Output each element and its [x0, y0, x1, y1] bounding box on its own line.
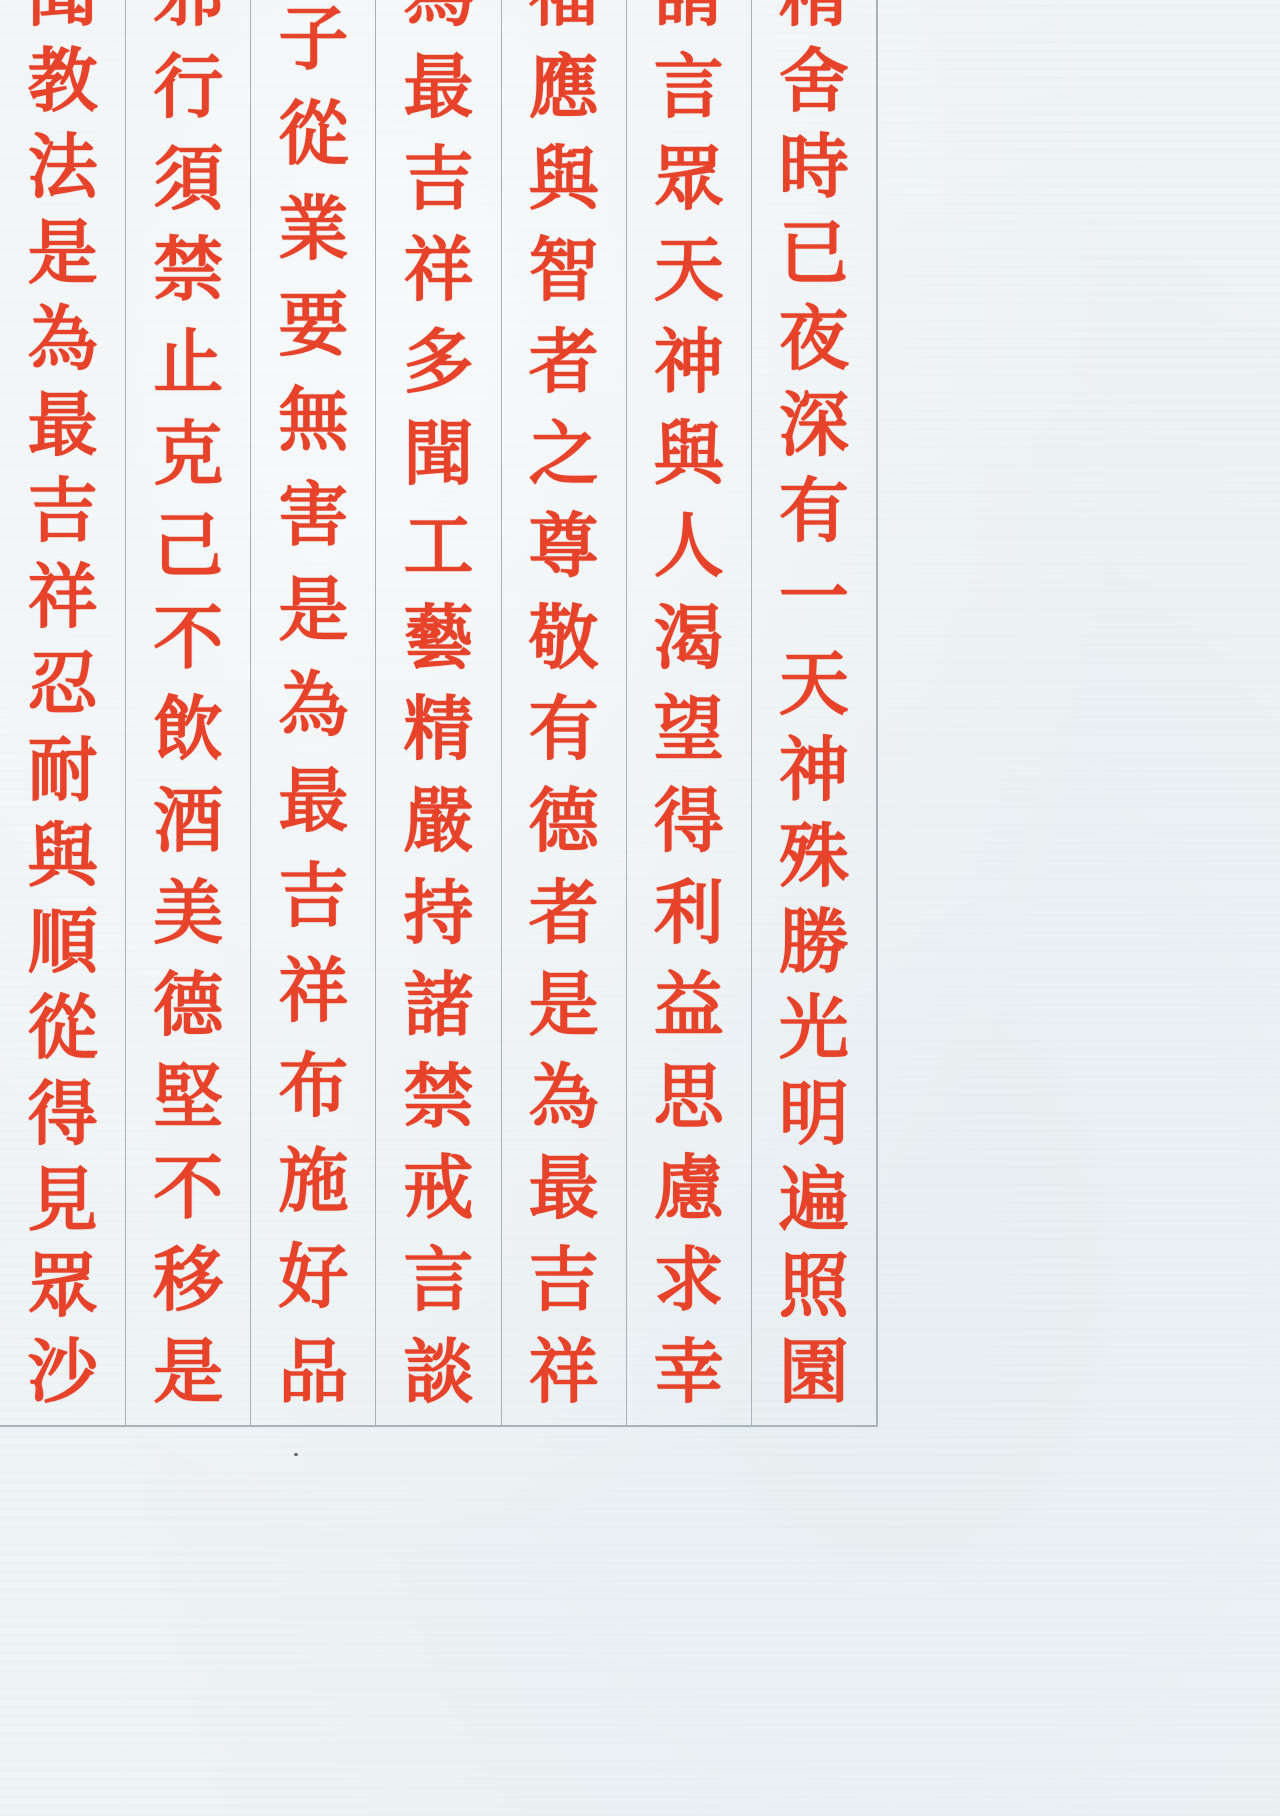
text-column-5: 子從業要無害是為最吉祥布施好品 [250, 0, 375, 1425]
calligraphy-character: 明 [752, 1075, 876, 1153]
calligraphy-character: 品 [251, 1333, 375, 1411]
text-column-6: 邪行須禁止克己不飲酒美德堅不移是 [125, 0, 250, 1425]
calligraphy-character: 思 [627, 1058, 751, 1136]
calligraphy-character: 最 [502, 1149, 626, 1227]
calligraphy-character: 己 [126, 507, 250, 585]
calligraphy-character: 者 [502, 323, 626, 401]
calligraphy-character: 止 [126, 323, 250, 401]
calligraphy-character: 最 [251, 762, 375, 840]
calligraphy-character: 最 [0, 386, 125, 464]
calligraphy-character: 園 [752, 1333, 876, 1411]
calligraphy-character: 行 [126, 48, 250, 126]
calligraphy-character: 移 [126, 1241, 250, 1319]
calligraphy-character: 藝 [376, 599, 500, 677]
calligraphy-character: 尊 [502, 507, 626, 585]
calligraphy-character: 持 [376, 874, 500, 952]
calligraphy-character: 子 [251, 0, 375, 78]
calligraphy-character: 見 [0, 1161, 125, 1239]
calligraphy-character: 嚴 [376, 782, 500, 860]
calligraphy-character: 福 [502, 0, 626, 34]
calligraphy-character: 有 [752, 472, 876, 550]
calligraphy-character: 吉 [502, 1241, 626, 1319]
calligraphy-character: 有 [502, 690, 626, 768]
calligraphy-character: 人 [627, 507, 751, 585]
calligraphy-character: 業 [251, 190, 375, 268]
calligraphy-character: 從 [251, 95, 375, 173]
calligraphy-character: 施 [251, 1142, 375, 1220]
calligraphy-character: 好 [251, 1238, 375, 1316]
calligraphy-character: 從 [0, 989, 125, 1067]
calligraphy-character: 多 [376, 323, 500, 401]
calligraphy-character: 耐 [0, 731, 125, 809]
calligraphy-character: 是 [0, 214, 125, 292]
calligraphy-character: 美 [126, 874, 250, 952]
calligraphy-character: 德 [126, 966, 250, 1044]
calligraphy-character: 請 [627, 0, 751, 34]
text-column-3: 福應與智者之尊敬有德者是為最吉祥 [501, 0, 626, 1425]
calligraphy-character: 堅 [126, 1058, 250, 1136]
calligraphy-character: 沙 [0, 1333, 125, 1411]
calligraphy-character: 忍 [0, 645, 125, 723]
calligraphy-character: 深 [752, 386, 876, 464]
calligraphy-character: 布 [251, 1047, 375, 1125]
calligraphy-character: 法 [0, 128, 125, 206]
calligraphy-character: 精 [752, 0, 876, 34]
calligraphy-character: 一 [752, 558, 876, 636]
calligraphy-character: 渴 [627, 599, 751, 677]
calligraphy-character: 夜 [752, 300, 876, 378]
calligraphy-character: 殊 [752, 817, 876, 895]
calligraphy-character: 慮 [627, 1149, 751, 1227]
calligraphy-character: 聞 [0, 0, 125, 34]
calligraphy-character: 談 [376, 1333, 500, 1411]
ruled-column-grid: 精舍時已夜深有一天神殊勝光明遍照園請言眾天神與人渴望得利益思慮求幸福應與智者之尊… [0, 0, 878, 1427]
calligraphy-character: 望 [627, 690, 751, 768]
calligraphy-character: 利 [627, 874, 751, 952]
calligraphy-character: 天 [752, 645, 876, 723]
calligraphy-character: 禁 [376, 1058, 500, 1136]
calligraphy-character: 不 [126, 1149, 250, 1227]
calligraphy-character: 無 [251, 381, 375, 459]
calligraphy-character: 吉 [376, 140, 500, 218]
text-column-2: 請言眾天神與人渴望得利益思慮求幸 [626, 0, 751, 1425]
text-column-7: 聞教法是為最吉祥忍耐與順從得見眾沙 [0, 0, 125, 1425]
calligraphy-character: 神 [627, 323, 751, 401]
text-column-4: 為最吉祥多聞工藝精嚴持諸禁戒言談 [375, 0, 500, 1425]
calligraphy-character: 害 [251, 476, 375, 554]
calligraphy-character: 幸 [627, 1333, 751, 1411]
calligraphy-character: 酒 [126, 782, 250, 860]
calligraphy-character: 祥 [502, 1333, 626, 1411]
calligraphy-character: 順 [0, 903, 125, 981]
calligraphy-character: 最 [376, 48, 500, 126]
calligraphy-character: 言 [376, 1241, 500, 1319]
calligraphy-character: 勝 [752, 903, 876, 981]
calligraphy-character: 求 [627, 1241, 751, 1319]
calligraphy-character: 益 [627, 966, 751, 1044]
calligraphy-character: 諸 [376, 966, 500, 1044]
calligraphy-character: 舍 [752, 42, 876, 120]
calligraphy-character: 不 [126, 599, 250, 677]
calligraphy-character: 時 [752, 128, 876, 206]
calligraphy-character: 光 [752, 989, 876, 1067]
calligraphy-character: 是 [502, 966, 626, 1044]
calligraphy-character: 吉 [0, 472, 125, 550]
calligraphy-character: 得 [0, 1075, 125, 1153]
calligraphy-character: 智 [502, 231, 626, 309]
calligraphy-character: 吉 [251, 857, 375, 935]
calligraphy-character: 已 [752, 214, 876, 292]
calligraphy-character: 教 [0, 42, 125, 120]
calligraphy-character: 戒 [376, 1149, 500, 1227]
calligraphy-character: 眾 [627, 140, 751, 218]
calligraphy-character: 與 [627, 415, 751, 493]
calligraphy-character: 克 [126, 415, 250, 493]
calligraphy-character: 工 [376, 507, 500, 585]
calligraphy-character: 為 [0, 300, 125, 378]
calligraphy-character: 神 [752, 731, 876, 809]
calligraphy-character: 是 [126, 1333, 250, 1411]
ink-speck [294, 1453, 298, 1456]
calligraphy-character: 眾 [0, 1247, 125, 1325]
calligraphy-character: 禁 [126, 231, 250, 309]
calligraphy-character: 為 [251, 666, 375, 744]
calligraphy-character: 天 [627, 231, 751, 309]
calligraphy-character: 要 [251, 286, 375, 364]
calligraphy-character: 言 [627, 48, 751, 126]
calligraphy-character: 遍 [752, 1161, 876, 1239]
calligraphy-character: 照 [752, 1247, 876, 1325]
calligraphy-character: 與 [502, 140, 626, 218]
calligraphy-character: 是 [251, 571, 375, 649]
calligraphy-character: 須 [126, 140, 250, 218]
calligraphy-character: 祥 [0, 558, 125, 636]
calligraphy-character: 邪 [126, 0, 250, 34]
calligraphy-character: 與 [0, 817, 125, 895]
text-column-1: 精舍時已夜深有一天神殊勝光明遍照園 [751, 0, 876, 1425]
calligraphy-character: 德 [502, 782, 626, 860]
calligraphy-character: 為 [376, 0, 500, 34]
calligraphy-character: 應 [502, 48, 626, 126]
calligraphy-character: 者 [502, 874, 626, 952]
calligraphy-character: 飲 [126, 690, 250, 768]
calligraphy-character: 祥 [376, 231, 500, 309]
calligraphy-character: 得 [627, 782, 751, 860]
calligraphy-character: 之 [502, 415, 626, 493]
calligraphy-character: 敬 [502, 599, 626, 677]
calligraphy-character: 聞 [376, 415, 500, 493]
calligraphy-character: 祥 [251, 952, 375, 1030]
calligraphy-character: 精 [376, 690, 500, 768]
calligraphy-character: 為 [502, 1058, 626, 1136]
